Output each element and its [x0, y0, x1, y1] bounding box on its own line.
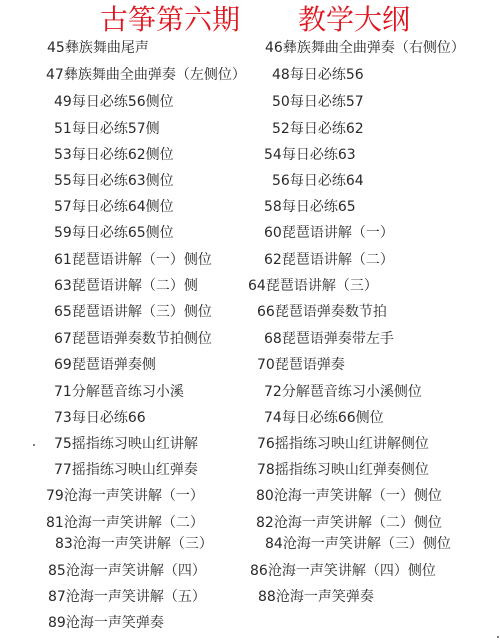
syllabus-item: 77摇指练习映山红弹奏 — [54, 461, 198, 479]
syllabus-item: 64琵琶语讲解（三） — [248, 277, 378, 295]
syllabus-item: 46彝族舞曲全曲弹奏（右侧位） — [265, 39, 465, 57]
syllabus-item: 69琵琶语弹奏侧 — [54, 356, 156, 374]
title-course-name: 古筝第六期 — [100, 2, 240, 38]
syllabus-item: 68琵琶语弹奏带左手 — [264, 330, 394, 348]
syllabus-item: 62琵琶语讲解（二） — [264, 251, 394, 269]
syllabus-item: 70琵琶语弹奏 — [257, 356, 345, 374]
syllabus-item: 47彝族舞曲全曲弹奏（左侧位） — [46, 66, 246, 84]
syllabus-item: 86沧海一声笑讲解（四）侧位 — [250, 562, 436, 580]
page-title: 古筝第六期 教学大纲 — [0, 2, 500, 38]
syllabus-item: 88沧海一声笑弹奏 — [258, 588, 374, 606]
syllabus-item: 50每日必练57 — [272, 93, 364, 111]
syllabus-item: 85沧海一声笑讲解（四） — [48, 562, 206, 580]
syllabus-item: 45彝族舞曲尾声 — [47, 39, 149, 57]
syllabus-item: 53每日必练62侧位 — [54, 146, 174, 164]
syllabus-item: 51每日必练57侧 — [54, 120, 160, 138]
syllabus-item: 59每日必练65侧位 — [54, 224, 174, 242]
syllabus-item: 78摇指练习映山红弹奏侧位 — [257, 461, 429, 479]
syllabus-item: 83沧海一声笑讲解（三） — [55, 535, 213, 553]
syllabus-item: 73每日必练66 — [54, 409, 146, 427]
syllabus-item: 75摇指练习映山红讲解 — [54, 435, 198, 453]
syllabus-item: 80沧海一声笑讲解（一）侧位 — [256, 487, 442, 505]
syllabus-item: 84沧海一声笑讲解（三）侧位 — [265, 535, 451, 553]
stray-dot-mark — [497, 636, 499, 638]
title-syllabus: 教学大纲 — [298, 2, 410, 38]
syllabus-item: 66琵琶语弹奏数节拍 — [257, 303, 387, 321]
stray-dot-mark — [33, 444, 35, 446]
syllabus-item: 48每日必练56 — [272, 66, 364, 84]
syllabus-item: 55每日必练63侧位 — [54, 172, 174, 190]
syllabus-item: 76摇指练习映山红讲解侧位 — [257, 435, 429, 453]
syllabus-item: 81沧海一声笑讲解（二） — [46, 514, 204, 532]
syllabus-item: 72分解琶音练习小溪侧位 — [264, 383, 422, 401]
syllabus-item: 57每日必练64侧位 — [54, 198, 174, 216]
syllabus-item: 82沧海一声笑讲解（二）侧位 — [256, 514, 442, 532]
syllabus-item: 87沧海一声笑讲解（五） — [48, 588, 206, 606]
syllabus-item: 54每日必练63 — [264, 146, 356, 164]
syllabus-item: 65琵琶语讲解（三）侧位 — [54, 303, 212, 321]
syllabus-item: 67琵琶语弹奏数节拍侧位 — [54, 330, 212, 348]
syllabus-item: 61琵琶语讲解（一）侧位 — [54, 251, 212, 269]
syllabus-item: 74每日必练66侧位 — [264, 409, 384, 427]
syllabus-item: 79沧海一声笑讲解（一） — [46, 487, 204, 505]
syllabus-item: 89沧海一声笑弹奏 — [48, 614, 164, 632]
syllabus-item: 56每日必练64 — [272, 172, 364, 190]
syllabus-item: 52每日必练62 — [272, 120, 364, 138]
syllabus-item: 71分解琶音练习小溪 — [54, 383, 184, 401]
syllabus-item: 63琵琶语讲解（二）侧 — [54, 277, 198, 295]
syllabus-item: 58每日必练65 — [264, 198, 356, 216]
syllabus-item: 60琵琶语讲解（一） — [264, 224, 394, 242]
syllabus-item: 49每日必练56侧位 — [54, 93, 174, 111]
